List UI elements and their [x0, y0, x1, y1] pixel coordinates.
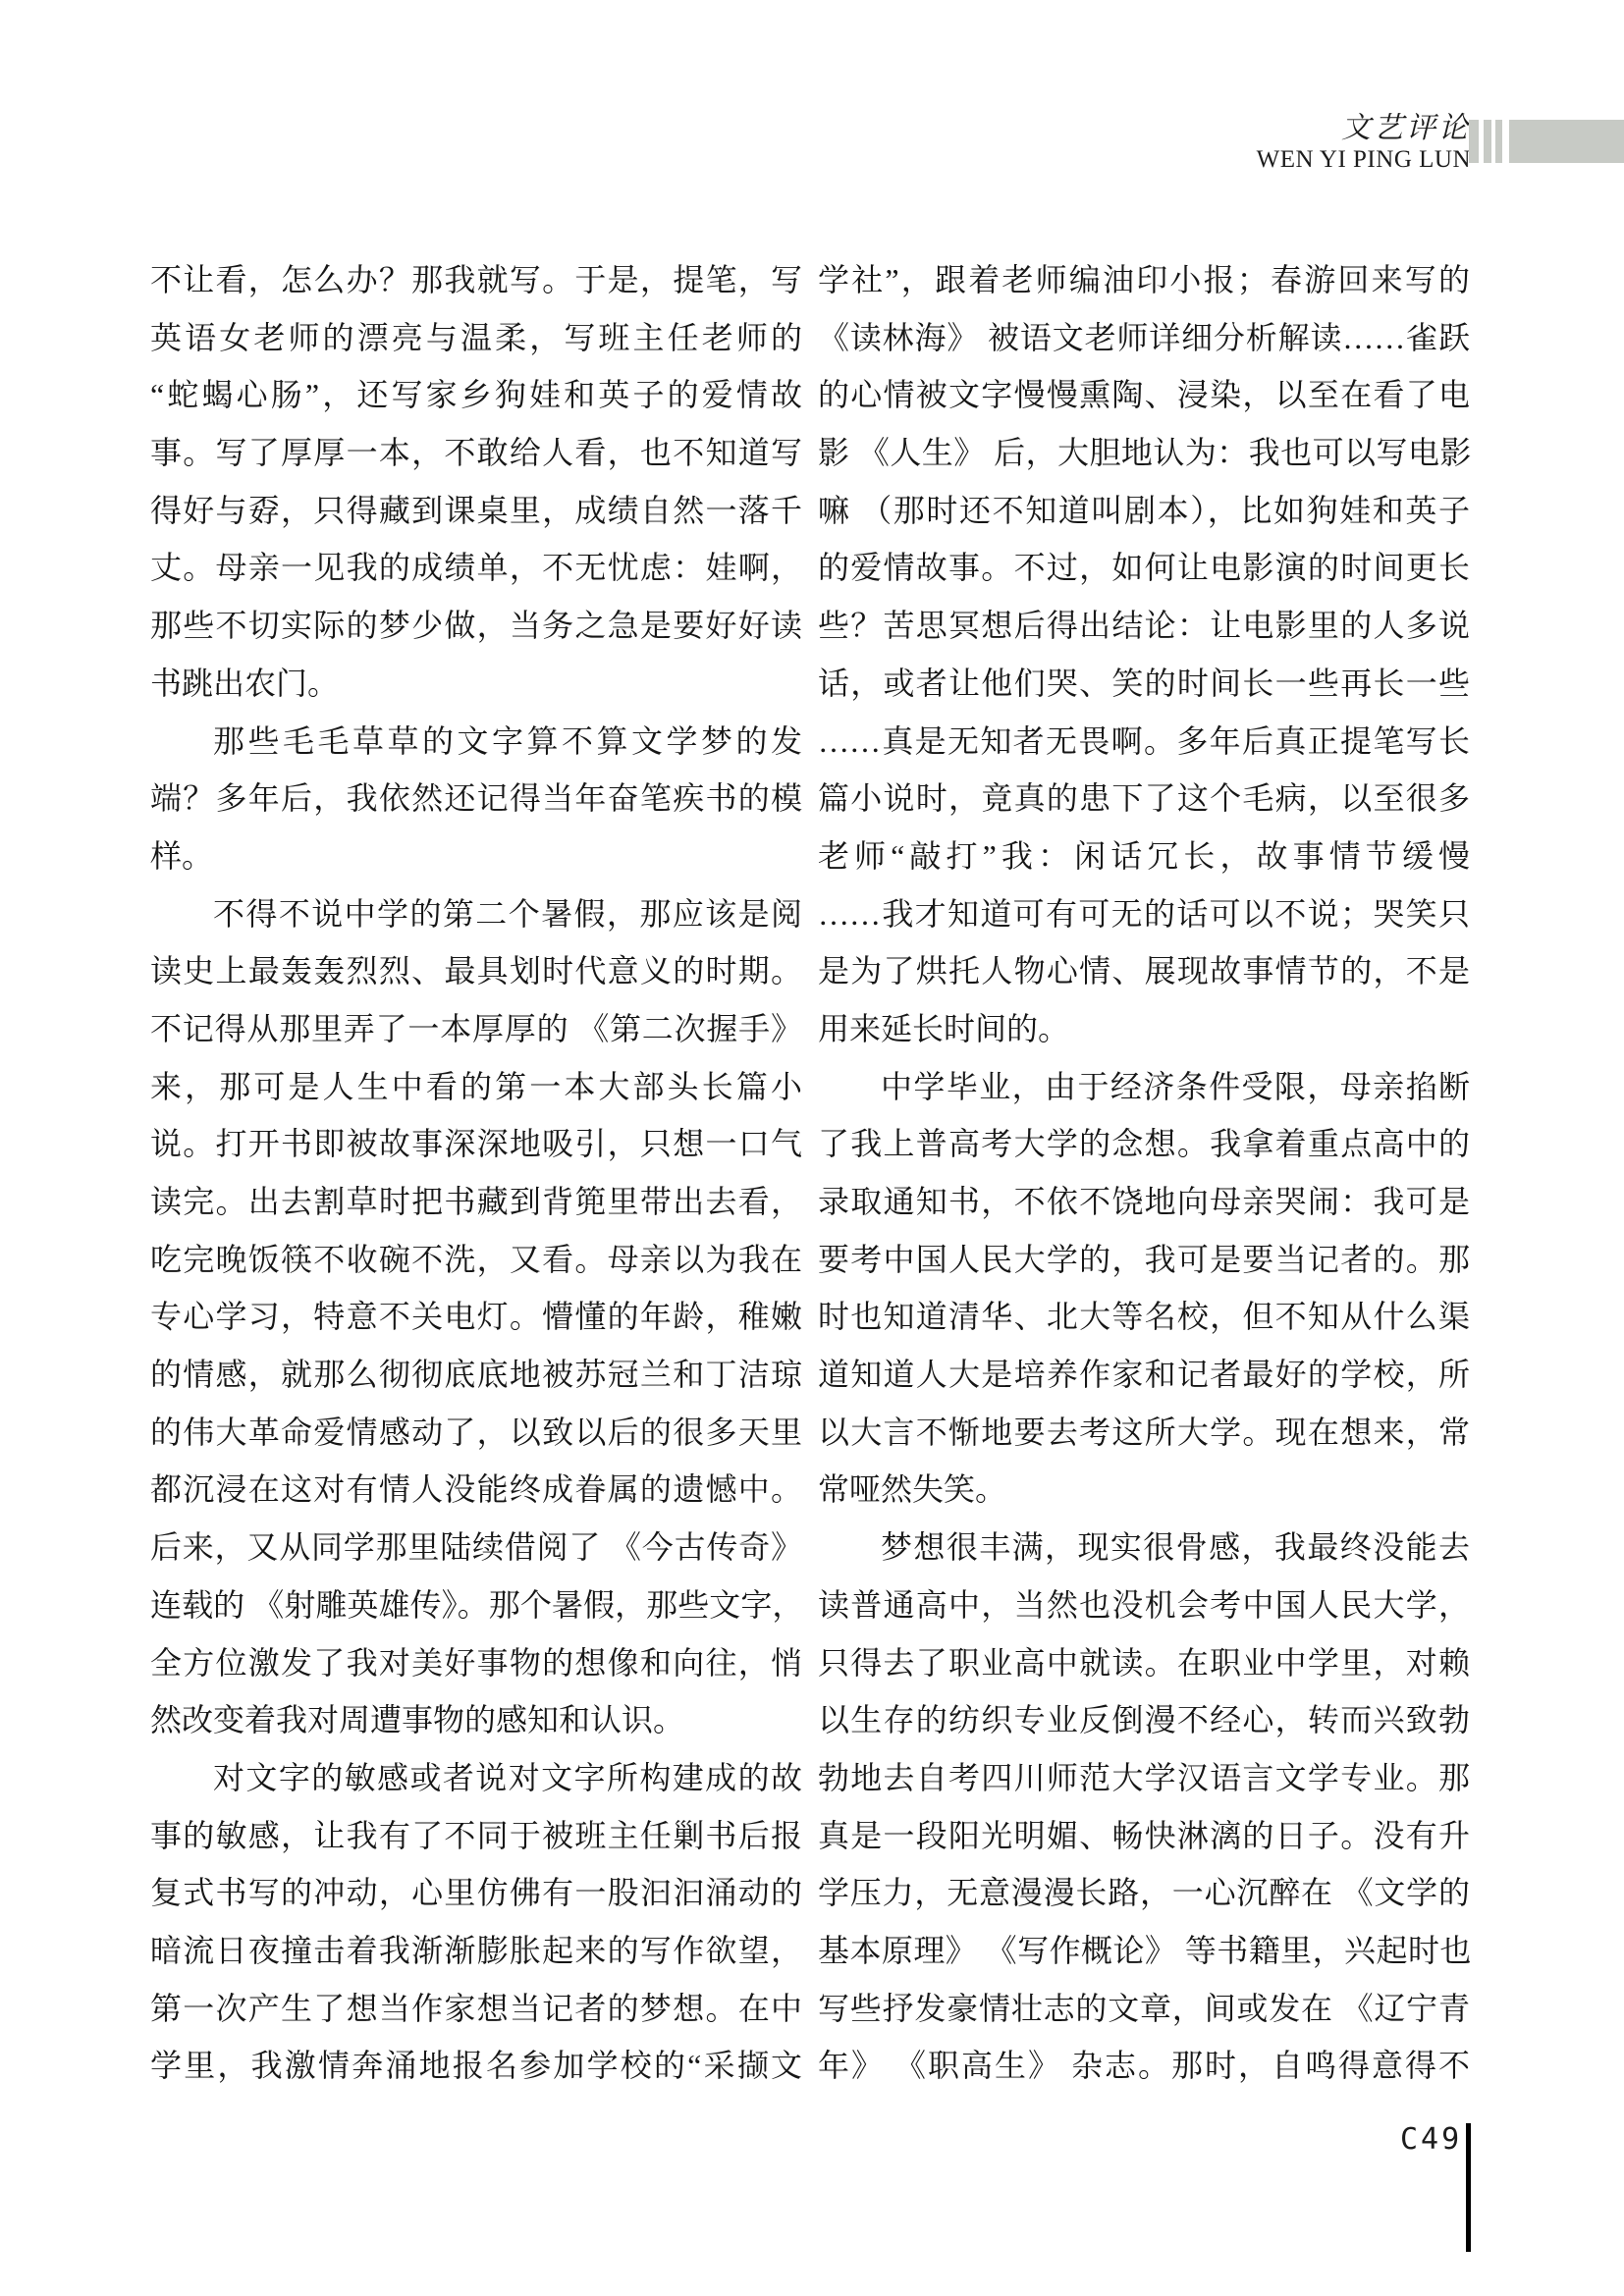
text-line: 来，那可是人生中看的第一本大部头长篇小: [150, 1058, 802, 1116]
footer-rule: [1466, 2123, 1471, 2252]
text-line: 常哑然失笑。: [818, 1461, 1470, 1519]
text-line: 然改变着我对周遭事物的感知和认识。: [150, 1691, 802, 1749]
text-line: 第一次产生了想当作家想当记者的梦想。在中: [150, 1980, 802, 2038]
text-line: 年》 《职高生》 杂志。那时，自鸣得意得不: [818, 2037, 1470, 2095]
text-line: 了我上普高考大学的念想。我拿着重点高中的: [818, 1115, 1470, 1173]
text-line: 学压力，无意漫漫长路，一心沉醉在 《文学的: [818, 1864, 1470, 1922]
text-line: 中学毕业，由于经济条件受限，母亲掐断: [818, 1058, 1470, 1116]
article-left-column: 不让看，怎么办？那我就写。于是，提笔，写英语女老师的漂亮与温柔，写班主任老师的“…: [150, 251, 802, 2095]
magazine-page: 文艺评论 WEN YI PING LUN 不让看，怎么办？那我就写。于是，提笔，…: [0, 0, 1624, 2296]
text-line: 那些毛毛草草的文字算不算文学梦的发: [150, 713, 802, 771]
text-line: 那些不切实际的梦少做，当务之急是要好好读: [150, 597, 802, 655]
text-line: 梦想很丰满，现实很骨感，我最终没能去: [818, 1519, 1470, 1576]
header-decoration-bar: [1495, 120, 1502, 163]
text-line: 样。: [150, 828, 802, 885]
text-line: 只得去了职业高中就读。在职业中学里，对赖: [818, 1634, 1470, 1692]
text-line: 得好与孬，只得藏到课桌里，成绩自然一落千: [150, 482, 802, 540]
text-line: 要考中国人民大学的，我可是要当记者的。那: [818, 1231, 1470, 1289]
text-line: 基本原理》 《写作概论》 等书籍里，兴起时也: [818, 1922, 1470, 1980]
text-line: 的情感，就那么彻彻底底地被苏冠兰和丁洁琼: [150, 1346, 802, 1404]
text-line: 学社”，跟着老师编油印小报；春游回来写的: [818, 251, 1470, 309]
text-line: 全方位激发了我对美好事物的想像和向往，悄: [150, 1634, 802, 1692]
text-line: 录取通知书，不依不饶地向母亲哭闹：我可是: [818, 1173, 1470, 1231]
text-line: 的伟大革命爱情感动了，以致以后的很多天里: [150, 1404, 802, 1462]
text-line: ……真是无知者无畏啊。多年后真正提笔写长: [818, 713, 1470, 771]
text-line: 以生存的纺织专业反倒漫不经心，转而兴致勃: [818, 1691, 1470, 1749]
text-line: 些？苦思冥想后得出结论：让电影里的人多说: [818, 597, 1470, 655]
text-line: 复式书写的冲动，心里仿佛有一股汩汩涌动的: [150, 1864, 802, 1922]
text-line: 后来，又从同学那里陆续借阅了 《今古传奇》: [150, 1519, 802, 1576]
text-line: ……我才知道可有可无的话可以不说；哭笑只: [818, 885, 1470, 943]
text-line: 事。写了厚厚一本，不敢给人看，也不知道写: [150, 424, 802, 482]
text-line: 的爱情故事。不过，如何让电影演的时间更长: [818, 539, 1470, 597]
text-line: 不记得从那里弄了一本厚厚的 《第二次握手》: [150, 1000, 802, 1058]
text-line: 是为了烘托人物心情、展现故事情节的，不是: [818, 942, 1470, 1000]
header-decoration-bar: [1484, 120, 1491, 163]
text-line: 对文字的敏感或者说对文字所构建成的故: [150, 1749, 802, 1807]
text-line: 以大言不惭地要去考这所大学。现在想来，常: [818, 1404, 1470, 1462]
text-line: 写些抒发豪情壮志的文章，间或发在 《辽宁青: [818, 1980, 1470, 2038]
text-line: 嘛 （那时还不知道叫剧本），比如狗娃和英子: [818, 482, 1470, 540]
header-decoration-bar: [1509, 120, 1624, 163]
text-line: 不让看，怎么办？那我就写。于是，提笔，写: [150, 251, 802, 309]
text-line: 道知道人大是培养作家和记者最好的学校，所: [818, 1346, 1470, 1404]
text-line: “蛇蝎心肠”，还写家乡狗娃和英子的爱情故: [150, 366, 802, 424]
text-line: 学里，我激情奔涌地报名参加学校的“采撷文: [150, 2037, 802, 2095]
text-line: 时也知道清华、北大等名校，但不知从什么渠: [818, 1288, 1470, 1346]
text-line: 连载的 《射雕英雄传》。那个暑假，那些文字，: [150, 1576, 802, 1634]
text-line: 端？多年后，我依然还记得当年奋笔疾书的模: [150, 770, 802, 828]
header-decoration-bar: [1469, 120, 1479, 163]
text-line: 不得不说中学的第二个暑假，那应该是阅: [150, 885, 802, 943]
text-line: 老师“敲打”我：闲话冗长，故事情节缓慢: [818, 828, 1470, 885]
article-right-column: 学社”，跟着老师编油印小报；春游回来写的《读林海》 被语文老师详细分析解读……雀…: [818, 251, 1470, 2095]
page-number: C49: [1400, 2122, 1462, 2157]
text-line: 英语女老师的漂亮与温柔，写班主任老师的: [150, 309, 802, 367]
text-line: 都沉浸在这对有情人没能终成眷属的遗憾中。: [150, 1461, 802, 1519]
text-line: 用来延长时间的。: [818, 1000, 1470, 1058]
text-line: 勃地去自考四川师范大学汉语言文学专业。那: [818, 1749, 1470, 1807]
text-line: 影 《人生》 后，大胆地认为：我也可以写电影: [818, 424, 1470, 482]
page-header: 文艺评论 WEN YI PING LUN: [1257, 114, 1471, 172]
text-line: 暗流日夜撞击着我渐渐膨胀起来的写作欲望，: [150, 1922, 802, 1980]
text-line: 的心情被文字慢慢熏陶、浸染，以至在看了电: [818, 366, 1470, 424]
text-line: 话，或者让他们哭、笑的时间长一些再长一些: [818, 655, 1470, 713]
text-line: 读完。出去割草时把书藏到背篼里带出去看，: [150, 1173, 802, 1231]
text-line: 《读林海》 被语文老师详细分析解读……雀跃: [818, 309, 1470, 367]
text-line: 篇小说时，竟真的患下了这个毛病，以至很多: [818, 770, 1470, 828]
text-line: 吃完晚饭筷不收碗不洗，又看。母亲以为我在: [150, 1231, 802, 1289]
text-line: 事的敏感，让我有了不同于被班主任剿书后报: [150, 1807, 802, 1865]
text-line: 真是一段阳光明媚、畅快淋漓的日子。没有升: [818, 1807, 1470, 1865]
text-line: 书跳出农门。: [150, 655, 802, 713]
journal-title-cn: 文艺评论: [1257, 114, 1471, 143]
text-line: 读史上最轰轰烈烈、最具划时代意义的时期。: [150, 942, 802, 1000]
text-line: 说。打开书即被故事深深地吸引，只想一口气: [150, 1115, 802, 1173]
text-line: 专心学习，特意不关电灯。懵懂的年龄，稚嫩: [150, 1288, 802, 1346]
text-line: 丈。母亲一见我的成绩单，不无忧虑：娃啊，: [150, 539, 802, 597]
text-line: 读普通高中，当然也没机会考中国人民大学，: [818, 1576, 1470, 1634]
journal-title-pinyin: WEN YI PING LUN: [1257, 147, 1471, 172]
